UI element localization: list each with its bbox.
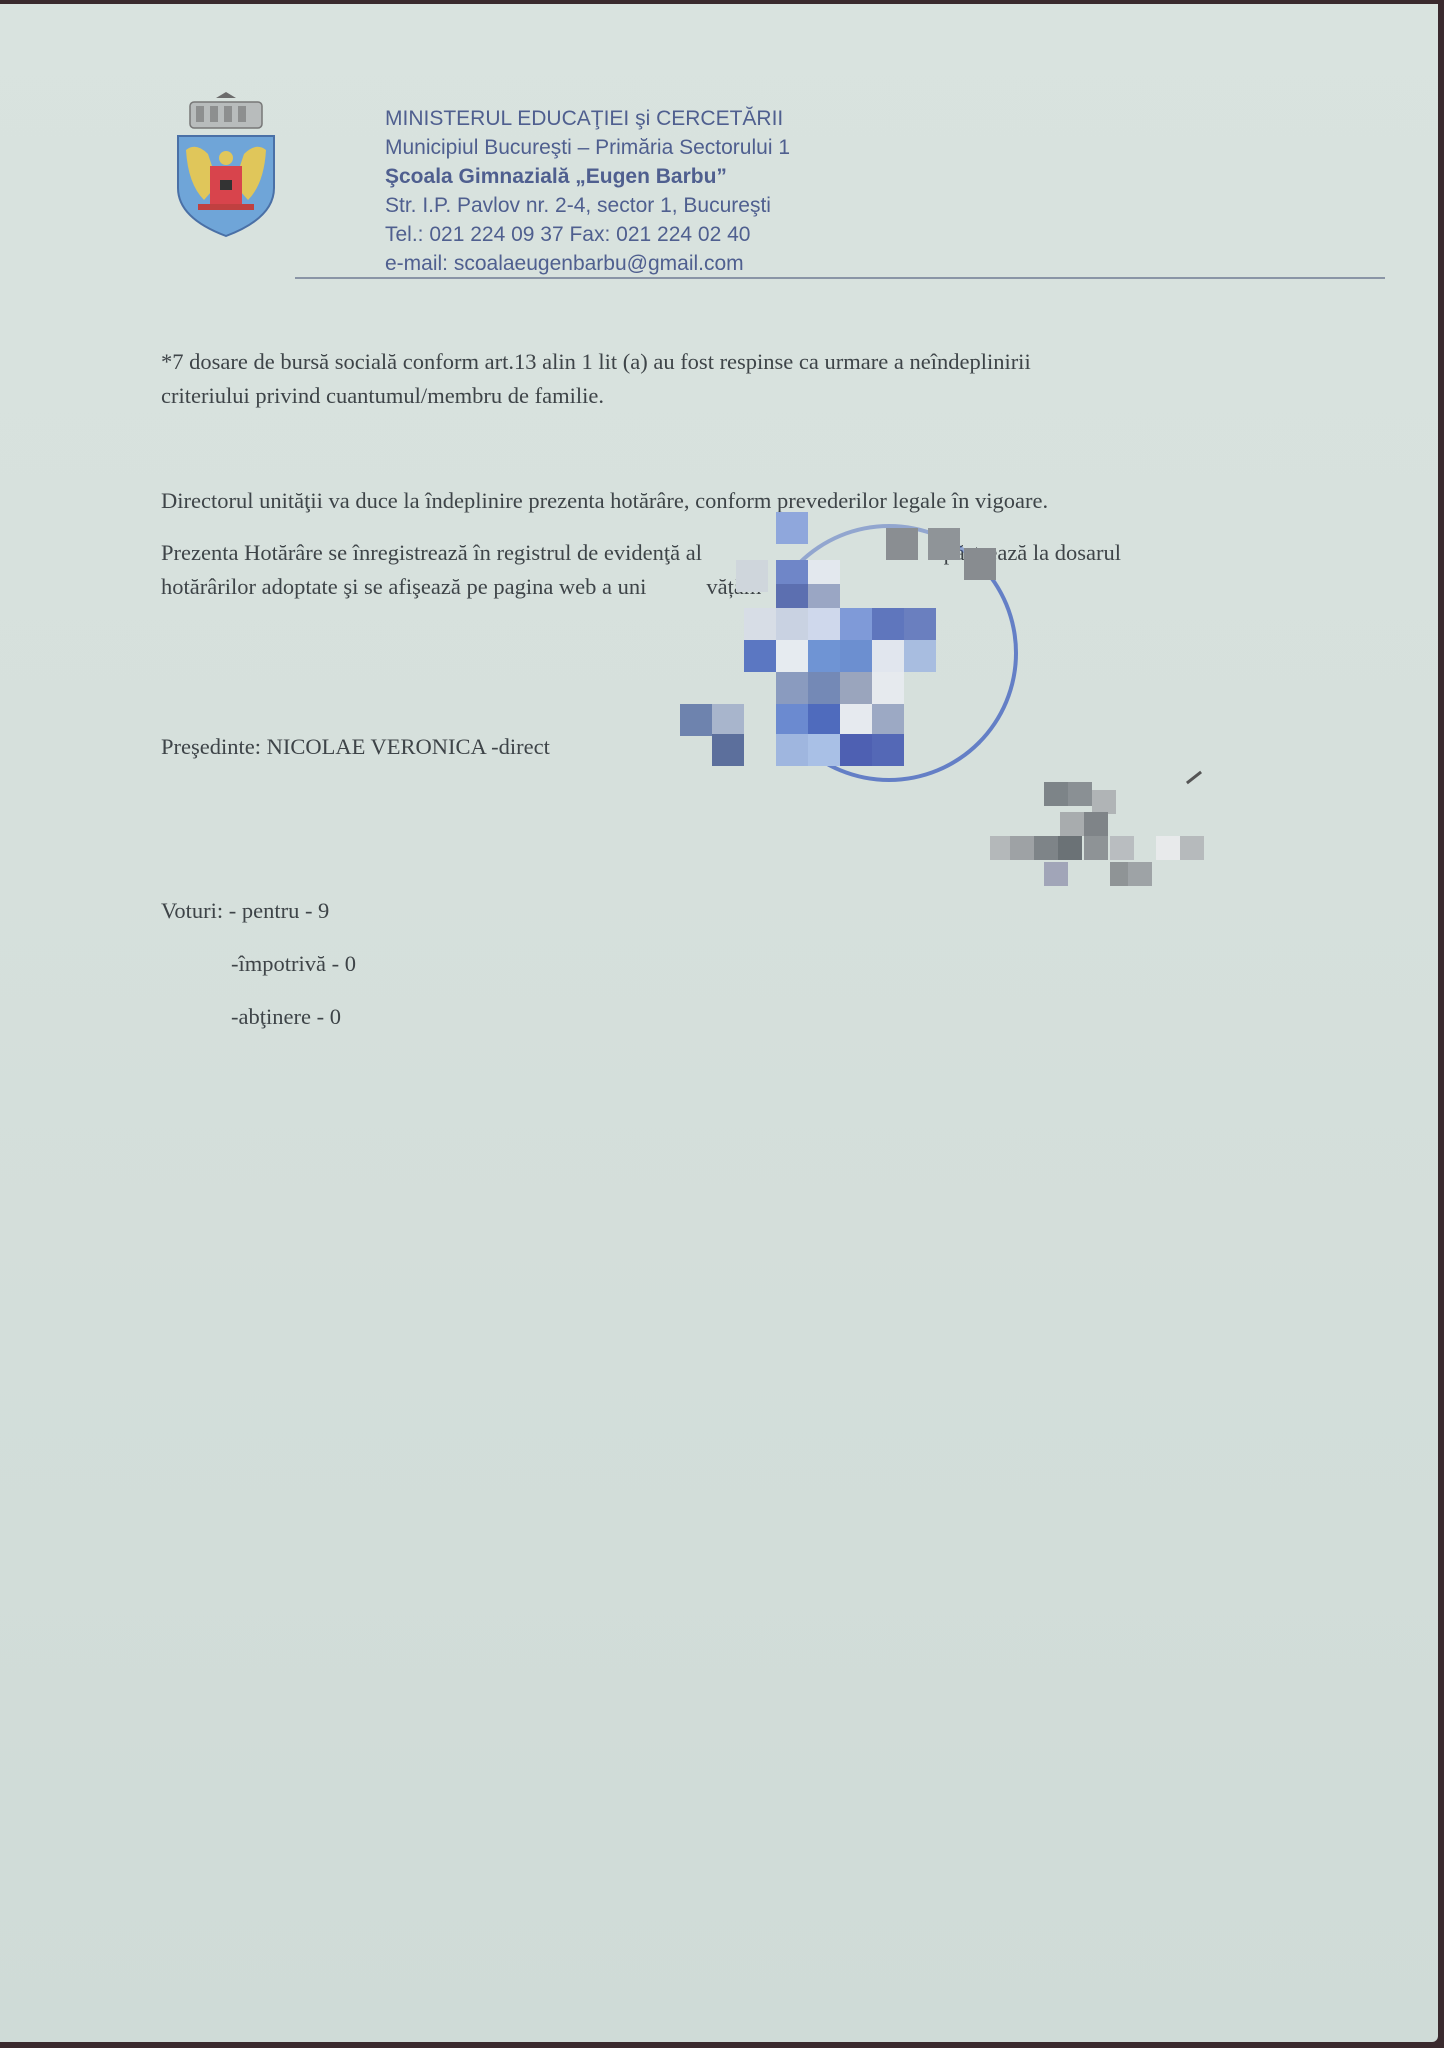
pixel-block [808, 640, 840, 672]
directive-paragraph: Directorul unităţii va duce la îndeplini… [161, 484, 1048, 518]
pixel-block [776, 608, 808, 640]
pixel-block [840, 704, 872, 736]
pixel-block [736, 560, 768, 592]
pixel-block [1034, 836, 1058, 860]
pixel-block [744, 640, 776, 672]
pixel-block [712, 704, 744, 736]
ministry-name: MINISTERUL EDUCAŢIEI şi CERCETĂRII [385, 104, 790, 133]
pixel-block [886, 528, 918, 560]
pixel-block [1110, 836, 1134, 860]
president-line: Preşedinte: NICOLAE VERONICA -direct [161, 730, 550, 764]
pixel-block [840, 640, 872, 672]
registry-line-1a: Prezenta Hotărâre se înregistrează în re… [161, 540, 702, 565]
signature-stroke [1186, 771, 1202, 784]
pixel-block [904, 640, 936, 672]
pixel-block [1044, 862, 1068, 886]
coat-of-arms-icon [174, 88, 278, 238]
school-name: Şcoala Gimnazială „Eugen Barbu” [385, 162, 790, 191]
document-page: MINISTERUL EDUCAŢIEI şi CERCETĂRII Munic… [0, 4, 1438, 2042]
letterhead: MINISTERUL EDUCAŢIEI şi CERCETĂRII Munic… [385, 104, 790, 278]
votes-against: -împotrivă - 0 [161, 937, 356, 990]
pixel-block [904, 608, 936, 640]
pixel-block [872, 608, 904, 640]
pixel-block [1084, 836, 1108, 860]
pixel-block [1010, 836, 1034, 860]
pixel-block [1180, 836, 1204, 860]
pixel-block [1044, 782, 1068, 806]
pixel-block [680, 704, 712, 736]
pixel-block [872, 672, 904, 704]
pixel-block [744, 608, 776, 640]
pixel-block [840, 734, 872, 766]
pixel-block [1084, 812, 1108, 836]
votes-abstain: -abţinere - 0 [161, 990, 356, 1043]
pixel-block [712, 734, 744, 766]
pixel-block [808, 608, 840, 640]
pixel-block [928, 528, 960, 560]
pixel-block [872, 734, 904, 766]
address: Str. I.P. Pavlov nr. 2-4, sector 1, Bucu… [385, 191, 790, 220]
votes-for: Voturi: - pentru - 9 [161, 884, 356, 937]
pixel-block [1128, 862, 1152, 886]
phone-fax: Tel.: 021 224 09 37 Fax: 021 224 02 40 [385, 220, 790, 249]
email: e-mail: scoalaeugenbarbu@gmail.com [385, 249, 790, 278]
pixel-block [1068, 782, 1092, 806]
pixel-block [1058, 836, 1082, 860]
votes-block: Voturi: - pentru - 9 -împotrivă - 0 -abţ… [161, 884, 356, 1043]
pixel-block [776, 704, 808, 736]
pixel-block [964, 548, 996, 580]
pixel-block [840, 672, 872, 704]
pixel-block [776, 640, 808, 672]
municipality: Municipiul Bucureşti – Primăria Sectorul… [385, 133, 790, 162]
pixel-block [872, 640, 904, 672]
rejection-note: *7 dosare de bursă socială conform art.1… [161, 345, 1031, 413]
note-line-2: criteriului privind cuantumul/membru de … [161, 379, 1031, 413]
pixel-block [808, 672, 840, 704]
pixel-block [1156, 836, 1180, 860]
note-line-1: *7 dosare de bursă socială conform art.1… [161, 345, 1031, 379]
pixel-block [776, 512, 808, 544]
pixel-block [776, 734, 808, 766]
pixel-block [808, 734, 840, 766]
pixel-block [1092, 790, 1116, 814]
registry-line-2a: hotărârilor adoptate şi se afişează pe p… [161, 574, 646, 599]
pixel-block [1060, 812, 1084, 836]
pixel-block [840, 608, 872, 640]
pixel-block [808, 704, 840, 736]
pixel-block [776, 672, 808, 704]
header-divider [295, 277, 1385, 279]
pixel-block [872, 704, 904, 736]
